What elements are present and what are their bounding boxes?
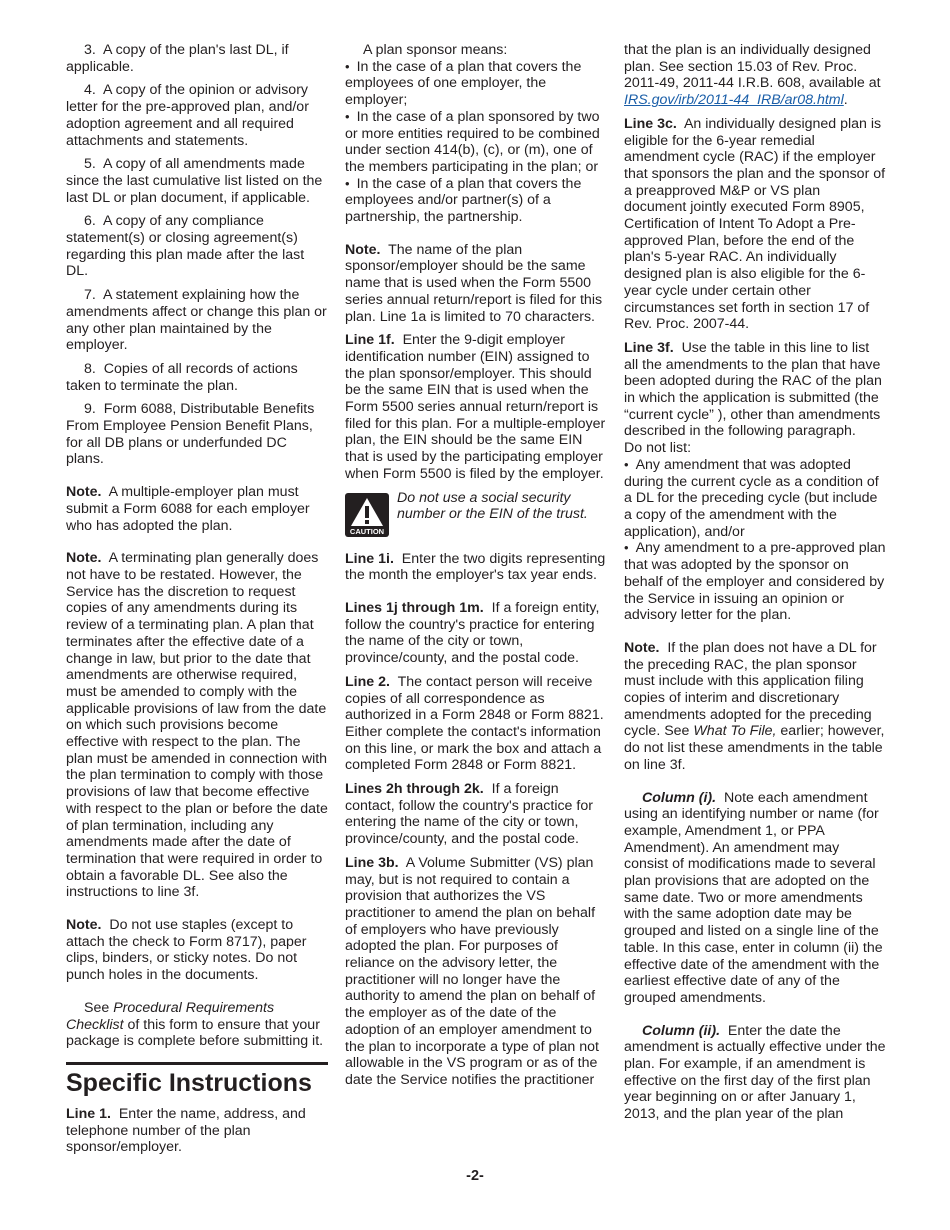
item-text: A copy of all amendments made since the …	[66, 156, 322, 205]
irs-link[interactable]: IRS.gov/irb/2011-44_IRB/ar08.html	[624, 92, 844, 108]
continuation-text: that the plan is an individually designe…	[624, 42, 881, 91]
line-text: A Volume Submitter (VS) plan may, but is…	[345, 855, 599, 1088]
column-label: Column (i).	[642, 790, 716, 806]
item-text: A copy of any compliance statement(s) or…	[66, 213, 304, 279]
bullet-item: In the case of a plan that covers the em…	[345, 59, 607, 109]
item-number: 3.	[84, 42, 96, 58]
note-label: Note.	[66, 484, 101, 500]
item-text: A statement explaining how the amendment…	[66, 287, 327, 353]
column-3: that the plan is an individually designe…	[624, 42, 886, 1130]
item-text: A copy of the plan's last DL, if applica…	[66, 42, 289, 75]
line-text: An individually designed plan is eligibl…	[624, 116, 885, 332]
item-number: 4.	[84, 82, 96, 98]
item-number: 8.	[84, 361, 96, 377]
note-text: Do not use staples (except to attach the…	[66, 917, 307, 983]
page-number: -2-	[0, 1168, 950, 1185]
line-2-instruction: Line 2. The contact person will receive …	[345, 674, 607, 774]
line-3b-continuation: that the plan is an individually designe…	[624, 42, 886, 109]
list-item: 9. Form 6088, Distributable Benefits Fro…	[66, 401, 328, 468]
note-terminating-plan: Note. A terminating plan generally does …	[66, 550, 328, 901]
line-label: Line 1i.	[345, 551, 394, 567]
line-label: Line 3b.	[345, 855, 399, 871]
caution-callout: CAUTION Do not use a social security num…	[345, 490, 607, 537]
see-checklist: See Procedural Requirements Checklist of…	[66, 1000, 328, 1050]
note-label: Note.	[345, 242, 380, 258]
list-item: 4. A copy of the opinion or advisory let…	[66, 82, 328, 149]
line-label: Line 3f.	[624, 340, 674, 356]
note-label: Note.	[66, 550, 101, 566]
line-1i-instruction: Line 1i. Enter the two digits representi…	[345, 551, 607, 584]
bullet-item: In the case of a plan sponsored by two o…	[345, 109, 607, 176]
note-staples: Note. Do not use staples (except to atta…	[66, 917, 328, 984]
line-3b-instruction: Line 3b. A Volume Submitter (VS) plan ma…	[345, 855, 607, 1089]
line-3f-instruction: Line 3f. Use the table in this line to l…	[624, 340, 886, 440]
note-text: A multiple-employer plan must submit a F…	[66, 484, 310, 533]
item-text: A copy of the opinion or advisory letter…	[66, 82, 309, 148]
list-item: 5. A copy of all amendments made since t…	[66, 156, 328, 206]
caution-icon: CAUTION	[345, 493, 389, 537]
note-text: The name of the plan sponsor/employer sh…	[345, 242, 602, 325]
line-3c-instruction: Line 3c. An individually designed plan i…	[624, 116, 886, 333]
column-2: A plan sponsor means: In the case of a p…	[345, 42, 607, 1096]
item-number: 7.	[84, 287, 96, 303]
bullet-item: Any amendment that was adopted during th…	[624, 457, 886, 541]
list-item: 3. A copy of the plan's last DL, if appl…	[66, 42, 328, 75]
do-not-list-heading: Do not list:	[624, 440, 886, 457]
note-multiple-employer: Note. A multiple-employer plan must subm…	[66, 484, 328, 534]
line-label: Line 2.	[345, 674, 390, 690]
item-text: Copies of all records of actions taken t…	[66, 361, 298, 394]
line-label: Line 3c.	[624, 116, 677, 132]
line-label: Lines 2h through 2k.	[345, 781, 484, 797]
list-item: 8. Copies of all records of actions take…	[66, 361, 328, 394]
list-item: 6. A copy of any compliance statement(s)…	[66, 213, 328, 280]
section-divider	[66, 1062, 328, 1065]
list-item: 7. A statement explaining how the amendm…	[66, 287, 328, 354]
sponsor-intro: A plan sponsor means:	[345, 42, 607, 59]
svg-text:CAUTION: CAUTION	[350, 527, 384, 536]
column-i-instruction: Column (i). Note each amendment using an…	[624, 790, 886, 1007]
item-number: 6.	[84, 213, 96, 229]
caution-text: Do not use a social security number or t…	[397, 490, 607, 523]
item-text: Form 6088, Distributable Benefits From E…	[66, 401, 314, 467]
see-pre: See	[84, 1000, 113, 1016]
column-label: Column (ii).	[642, 1023, 720, 1039]
lines-2h-2k-instruction: Lines 2h through 2k. If a foreign contac…	[345, 781, 607, 848]
line-label: Line 1f.	[345, 332, 395, 348]
line-label: Line 1.	[66, 1106, 111, 1122]
column-text: Note each amendment using an identifying…	[624, 790, 883, 1006]
note-sponsor-name: Note. The name of the plan sponsor/emplo…	[345, 242, 607, 326]
column-ii-instruction: Column (ii). Enter the date the amendmen…	[624, 1023, 886, 1123]
line-1-instruction: Line 1. Enter the name, address, and tel…	[66, 1106, 328, 1156]
continuation-post: .	[844, 92, 848, 108]
item-number: 5.	[84, 156, 96, 172]
note-label: Note.	[66, 917, 101, 933]
note-text: A terminating plan generally does not ha…	[66, 550, 328, 900]
line-text: Enter the 9-digit employer identificatio…	[345, 332, 605, 482]
lines-1j-1m-instruction: Lines 1j through 1m. If a foreign entity…	[345, 600, 607, 667]
section-title: Specific Instructions	[66, 1068, 328, 1098]
note-preceding-rac: Note. If the plan does not have a DL for…	[624, 640, 886, 774]
item-number: 9.	[84, 401, 96, 417]
line-1f-instruction: Line 1f. Enter the 9-digit employer iden…	[345, 332, 607, 482]
bullet-item: Any amendment to a pre-approved plan tha…	[624, 540, 886, 624]
column-1: 3. A copy of the plan's last DL, if appl…	[66, 42, 328, 1163]
what-to-file-reference: What To File,	[693, 723, 776, 739]
line-label: Lines 1j through 1m.	[345, 600, 484, 616]
bullet-item: In the case of a plan that covers the em…	[345, 176, 607, 226]
note-label: Note.	[624, 640, 659, 656]
